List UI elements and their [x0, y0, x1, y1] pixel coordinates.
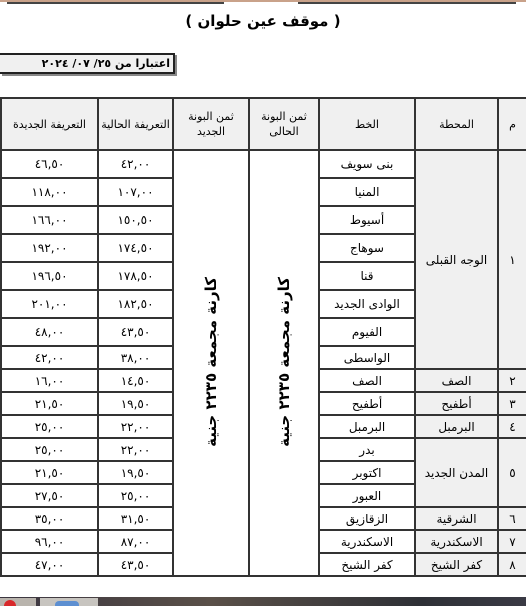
station-cell: الصف	[415, 369, 498, 392]
current-fare-cell: ٢٢,٠٠	[98, 438, 173, 461]
current-fare-cell: ٤٢,٠٠	[98, 150, 173, 178]
current-fare-cell: ١٩,٥٠	[98, 392, 173, 415]
effective-date-box: اعتبارا من ٢٥/ ٠٧/ ٢٠٢٤	[0, 53, 175, 74]
row-number: ٣	[498, 392, 526, 415]
new-fare-cell: ١٩٦,٥٠	[1, 262, 98, 290]
pass-price-note-current: كارنة مجمعة ٢٢٣٥ جنية	[275, 277, 293, 447]
new-fare-cell: ٢١,٥٠	[1, 461, 98, 484]
new-fare-cell: ١٩٢,٠٠	[1, 234, 98, 262]
station-cell: كفر الشيخ	[415, 553, 498, 576]
new-fare-cell: ٤٦,٥٠	[1, 150, 98, 178]
header-line: الخط	[319, 98, 415, 150]
table-row: ١ الوجه القبلى بنى سويف كارنة مجمعة ٢٢٣٥…	[1, 150, 526, 178]
station-cell: الاسكندرية	[415, 530, 498, 553]
app-icon	[55, 601, 79, 606]
station-cell: البرمبل	[415, 415, 498, 438]
header-new-pass-price: ثمن البونة الجديد	[173, 98, 249, 150]
new-pass-price-cell: كارنة مجمعة ٢٢٣٥ جنية	[173, 150, 249, 576]
new-fare-cell: ٢٥,٠٠	[1, 438, 98, 461]
row-number: ٧	[498, 530, 526, 553]
line-cell: المنيا	[319, 178, 415, 206]
line-cell: سوهاج	[319, 234, 415, 262]
new-fare-cell: ٤٧,٠٠	[1, 553, 98, 576]
current-fare-cell: ١٥٠,٥٠	[98, 206, 173, 234]
line-cell: الوادى الجديد	[319, 290, 415, 318]
page-title: ( موقف عين حلوان )	[0, 12, 526, 30]
line-cell: الفيوم	[319, 318, 415, 346]
row-number: ٦	[498, 507, 526, 530]
row-number: ٢	[498, 369, 526, 392]
line-cell: أسيوط	[319, 206, 415, 234]
new-fare-cell: ٤٢,٠٠	[1, 346, 98, 369]
current-fare-cell: ١٤,٥٠	[98, 369, 173, 392]
current-fare-cell: ١٠٧,٠٠	[98, 178, 173, 206]
new-fare-cell: ١١٨,٠٠	[1, 178, 98, 206]
browser-icon	[4, 600, 16, 606]
new-fare-cell: ١٦,٠٠	[1, 369, 98, 392]
new-fare-cell: ٢٧,٥٠	[1, 484, 98, 507]
row-number: ٥	[498, 438, 526, 507]
current-fare-cell: ٨٧,٠٠	[98, 530, 173, 553]
current-fare-cell: ١٧٨,٥٠	[98, 262, 173, 290]
station-cell: الشرقية	[415, 507, 498, 530]
current-fare-cell: ٣١,٥٠	[98, 507, 173, 530]
station-cell: المدن الجديد	[415, 438, 498, 507]
current-fare-cell: ٤٣,٥٠	[98, 553, 173, 576]
header-new-fare: التعريفة الجديدة	[1, 98, 98, 150]
new-fare-cell: ٩٦,٠٠	[1, 530, 98, 553]
line-cell: الصف	[319, 369, 415, 392]
new-fare-cell: ٢٠١,٠٠	[1, 290, 98, 318]
row-number: ١	[498, 150, 526, 369]
top-divider-left	[7, 2, 224, 4]
line-cell: أطفيح	[319, 392, 415, 415]
new-fare-cell: ٢١,٥٠	[1, 392, 98, 415]
line-cell: قنا	[319, 262, 415, 290]
current-fare-cell: ١٧٤,٥٠	[98, 234, 173, 262]
current-pass-price-cell: كارنة مجمعة ٢٢٣٥ جنية	[249, 150, 319, 576]
line-cell: العبور	[319, 484, 415, 507]
line-cell: الواسطى	[319, 346, 415, 369]
header-current-pass-price: ثمن البونة الحالى	[249, 98, 319, 150]
fare-table: م المحطة الخط ثمن البونة الحالى ثمن البو…	[0, 97, 526, 577]
line-cell: بدر	[319, 438, 415, 461]
header-station: المحطة	[415, 98, 498, 150]
new-fare-cell: ١٦٦,٠٠	[1, 206, 98, 234]
station-cell: الوجه القبلى	[415, 150, 498, 369]
top-divider-right	[298, 2, 516, 4]
current-fare-cell: ٤٣,٥٠	[98, 318, 173, 346]
current-fare-cell: ١٩,٥٠	[98, 461, 173, 484]
row-number: ٤	[498, 415, 526, 438]
line-cell: بنى سويف	[319, 150, 415, 178]
current-fare-cell: ٣٨,٠٠	[98, 346, 173, 369]
current-fare-cell: ١٨٢,٥٠	[98, 290, 173, 318]
station-cell: أطفيح	[415, 392, 498, 415]
table-header-row: م المحطة الخط ثمن البونة الحالى ثمن البو…	[1, 98, 526, 150]
header-num: م	[498, 98, 526, 150]
line-cell: اكتوبر	[319, 461, 415, 484]
new-fare-cell: ٢٥,٠٠	[1, 415, 98, 438]
line-cell: كفر الشيخ	[319, 553, 415, 576]
line-cell: الاسكندرية	[319, 530, 415, 553]
row-number: ٨	[498, 553, 526, 576]
header-current-fare: التعريفة الحالية	[98, 98, 173, 150]
new-fare-cell: ٣٥,٠٠	[1, 507, 98, 530]
current-fare-cell: ٢٢,٠٠	[98, 415, 173, 438]
new-fare-cell: ٤٨,٠٠	[1, 318, 98, 346]
line-cell: الزقازيق	[319, 507, 415, 530]
line-cell: البرمبل	[319, 415, 415, 438]
current-fare-cell: ٢٥,٠٠	[98, 484, 173, 507]
pass-price-note-new: كارنة مجمعة ٢٢٣٥ جنية	[202, 277, 220, 447]
